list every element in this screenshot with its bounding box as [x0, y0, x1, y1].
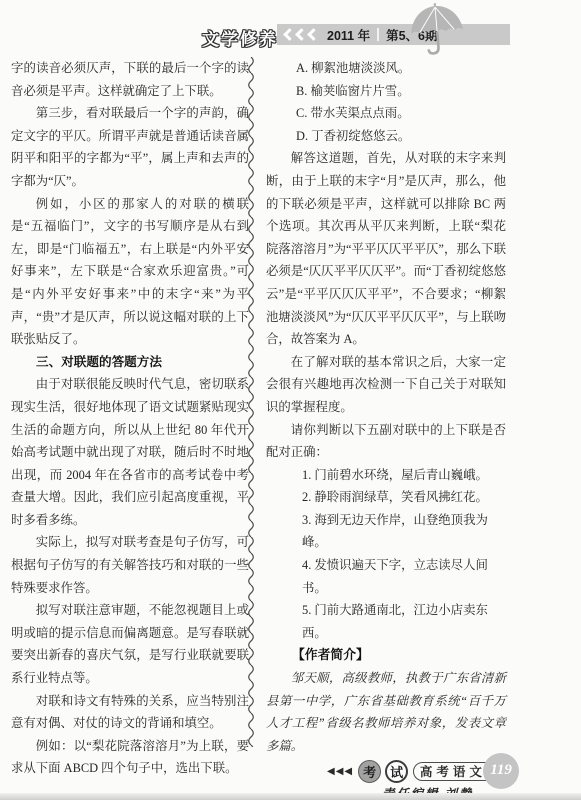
section-heading: 三、对联题的答题方法 — [11, 351, 249, 374]
paragraph: 第三步，看对联最后一个字的声韵，确定文字的平仄。所谓平声就是普通话读音属阴平和阳… — [11, 102, 249, 192]
list-item: 1. 门前碧水环绕，屋后青山巍峨。 — [266, 464, 506, 487]
paragraph: 例如，小区的那家人的对联的横联是“五福临门”，文字的书写顺序是从右到左，即是“门… — [11, 193, 249, 351]
list-item: 3. 海到无边天作岸，山登绝顶我为峰。 — [266, 509, 506, 554]
umbrella-icon — [406, 3, 468, 62]
paragraph: 解答这道题，首先，从对联的末字来判断，由于上联的末字“月”是仄声，那么，他的下联… — [266, 147, 506, 350]
back-arrows-icon: ◀◀◀ — [327, 766, 353, 777]
left-column: 字的读音必须仄声，下联的最后一个字的读音必须是平声。这样就确定了上下联。 第三步… — [11, 57, 249, 780]
right-column: A. 柳絮池塘淡淡风。 B. 榆荚临窗片片雪。 C. 带水芙渠点点雨。 D. 丁… — [266, 57, 506, 800]
paragraph: 字的读音必须仄声，下联的最后一个字的读音必须是平声。这样就确定了上下联。 — [11, 57, 249, 102]
option-item: A. 柳絮池塘淡淡风。 — [266, 57, 506, 80]
option-item: C. 带水芙渠点点雨。 — [266, 102, 506, 125]
chevrons-icon — [285, 30, 318, 39]
paragraph: 对联和诗文有特殊的关系，应当特别注意有对偶、对仗的诗文的背诵和填空。 — [11, 690, 249, 735]
list-item: 4. 发愤识遍天下字，立志读尽人间书。 — [266, 554, 506, 599]
footer-brand: ◀◀◀ 考 试 高考语文版 119 — [327, 752, 505, 790]
bar-separator — [377, 28, 379, 41]
author-heading: 【作者简介】 — [266, 644, 506, 667]
issue-year: 2011 年 — [327, 26, 370, 44]
author-bio: 邹天顺，高级教师，执教于广东省清新县第一中学，广东省基础教育系统“百千万人才工程… — [266, 667, 506, 757]
kao-badge-circle: 考 — [358, 760, 381, 783]
masthead: 文学修养 2011 年 第5、6期 — [0, 0, 581, 52]
issue-bar: 2011 年 第5、6期 — [277, 24, 510, 45]
magazine-title: 文学修养 — [202, 25, 278, 50]
paragraph: 在了解对联的基本常识之后，大家一定会很有兴趣地再次检测一下自己关于对联知识的掌握… — [266, 351, 506, 419]
page-number-badge: 119 — [483, 753, 519, 789]
paragraph: 实际上，拟写对联考查是句子仿写，可根据句子仿写的有关解答技巧和对联的一些特殊要求… — [11, 531, 249, 599]
shi-badge-circle: 试 — [385, 760, 408, 783]
magazine-page: 文学修养 2011 年 第5、6期 字的 — [0, 0, 581, 800]
scan-edge — [0, 793, 581, 800]
list-item: 2. 静聆雨润绿草，笑看风拂红花。 — [266, 486, 506, 509]
paragraph: 拟写对联注意审题，不能忽视题目上或明或暗的提示信息而偏离题意。是写春联就要突出新… — [11, 599, 249, 689]
paragraph: 由于对联很能反映时代气息，密切联系现实生活，很好地体现了语文试题紧贴现实生活的命… — [11, 373, 249, 531]
option-item: D. 丁香初绽悠悠云。 — [266, 125, 506, 148]
paragraph: 例如：以“梨花院落溶溶月”为上联，要求从下面 ABCD 四个句子中，选出下联。 — [11, 735, 249, 780]
option-item: B. 榆荚临窗片片雪。 — [266, 80, 506, 103]
list-item: 5. 门前大路通南北，江边小店卖东西。 — [266, 599, 506, 644]
brand-pill: 高考语文版 119 — [413, 762, 505, 781]
paragraph: 请你判断以下五副对联中的上下联是否配对正确： — [266, 419, 506, 464]
